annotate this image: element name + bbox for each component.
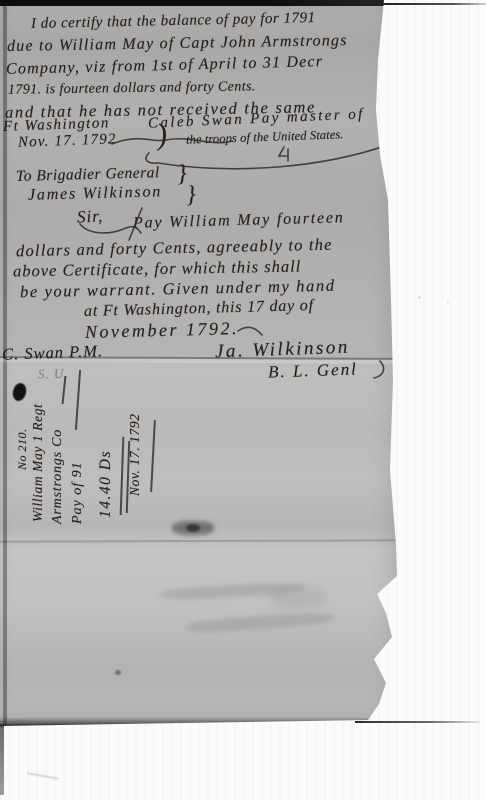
pencil-scratch <box>27 772 59 779</box>
order-line-6: November 1792. <box>85 318 239 343</box>
address-line-2: James Wilkinson <box>28 183 163 205</box>
wilkinson-signature: Ja. Wilkinson <box>215 337 351 364</box>
docket-rule-after-pay <box>75 370 81 430</box>
small-speck <box>115 670 121 675</box>
order-salutation: Sir, <box>76 206 103 227</box>
wilkinson-rank: B. L. Genl <box>268 359 359 382</box>
order-line-1: Pay William May fourteen <box>133 209 345 233</box>
order-line-5: at Ft Washington, this 17 day of <box>84 297 314 321</box>
certificate-line-3: Company, viz from 1st of April to 31 Dec… <box>6 53 324 79</box>
docket-amount-underline-1 <box>120 437 125 515</box>
scanned-document: I do certify that the balance of pay for… <box>0 0 486 800</box>
certificate-line-2: due to William May of Capt John Armstron… <box>7 32 348 56</box>
scan-top-edge-line <box>378 3 486 5</box>
bleedthrough-patch <box>270 588 325 608</box>
docket-pay-period: Pay of 91 <box>70 461 86 524</box>
address-brace-2: } <box>185 182 196 210</box>
paymaster-title: the troops of the United States. <box>186 127 344 147</box>
scan-bottom-edge-line <box>355 721 480 723</box>
paper-top-border <box>0 0 386 6</box>
docket-amount: 14.40 Ds <box>97 450 115 518</box>
paper-sheet: I do certify that the balance of pay for… <box>0 0 400 728</box>
docket-name: William May 1 Regt <box>30 404 46 522</box>
ink-blot <box>11 382 28 403</box>
fold-crease-lower <box>0 539 400 542</box>
margin-speck-1 <box>418 296 421 299</box>
docket-company: Armstrongs Co <box>50 429 66 524</box>
address-line-1: To Brigadier General <box>16 164 160 186</box>
margin-speck-2 <box>447 302 449 304</box>
certificate-line-4: 1791. is fourteen dollars and forty Cent… <box>8 79 256 98</box>
swan-countersignature: C. Swan P.M. <box>2 341 104 365</box>
certificate-date: Nov. 17. 1792 <box>18 131 117 151</box>
certificate-line-1: I do certify that the balance of pay for… <box>31 10 316 33</box>
fold-smudge-core <box>186 524 200 532</box>
bleedthrough-mark-2 <box>185 611 336 634</box>
docket-date-underline <box>150 420 156 492</box>
docket-number: No 210. <box>15 428 30 470</box>
paper-bottom-edge-shade <box>0 717 400 726</box>
